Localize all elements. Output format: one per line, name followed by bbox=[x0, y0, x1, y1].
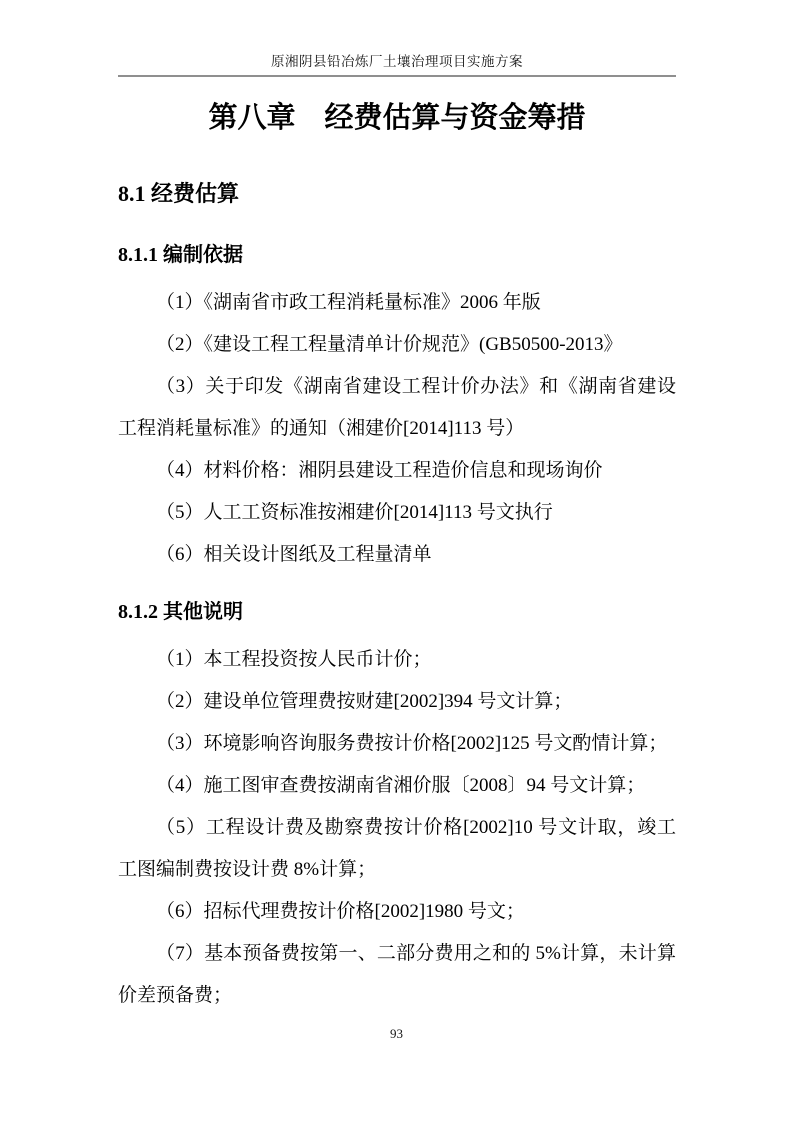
document-page: 原湘阴县铅冶炼厂土壤治理项目实施方案 第八章 经费估算与资金筹措 8.1 经费估… bbox=[0, 0, 793, 1122]
list-item: （6）相关设计图纸及工程量清单 bbox=[118, 534, 676, 576]
chapter-title: 第八章 经费估算与资金筹措 bbox=[118, 101, 676, 136]
list-item: （4）施工图审查费按湖南省湘价服〔2008〕94 号文计算； bbox=[118, 765, 676, 807]
list-8-1-2: （1）本工程投资按人民币计价； （2）建设单位管理费按财建[2002]394 号… bbox=[118, 639, 676, 1017]
page-number: 93 bbox=[390, 1026, 403, 1041]
subsection-heading-8-1-1: 8.1.1 编制依据 bbox=[118, 243, 676, 268]
page-footer: 93 bbox=[0, 1026, 793, 1042]
header-title: 原湘阴县铅冶炼厂土壤治理项目实施方案 bbox=[118, 50, 676, 75]
list-8-1-1: （1）《湖南省市政工程消耗量标准》2006 年版 （2）《建设工程工程量清单计价… bbox=[118, 282, 676, 576]
list-item: （2）建设单位管理费按财建[2002]394 号文计算； bbox=[118, 681, 676, 723]
page-header: 原湘阴县铅冶炼厂土壤治理项目实施方案 bbox=[118, 0, 676, 77]
list-item: （2）《建设工程工程量清单计价规范》(GB50500-2013》 bbox=[118, 324, 676, 366]
list-item: （7）基本预备费按第一、二部分费用之和的 5%计算，未计算价差预备费； bbox=[118, 933, 676, 1017]
list-item: （1）本工程投资按人民币计价； bbox=[118, 639, 676, 681]
list-item: （3）关于印发《湖南省建设工程计价办法》和《湖南省建设工程消耗量标准》的通知（湘… bbox=[118, 366, 676, 450]
list-item: （5）人工工资标准按湘建价[2014]113 号文执行 bbox=[118, 492, 676, 534]
list-item: （5）工程设计费及勘察费按计价格[2002]10 号文计取，竣工工图编制费按设计… bbox=[118, 807, 676, 891]
list-item: （1）《湖南省市政工程消耗量标准》2006 年版 bbox=[118, 282, 676, 324]
list-item: （6）招标代理费按计价格[2002]1980 号文； bbox=[118, 891, 676, 933]
section-heading-8-1: 8.1 经费估算 bbox=[118, 180, 676, 208]
list-item: （4）材料价格：湘阴县建设工程造价信息和现场询价 bbox=[118, 450, 676, 492]
subsection-heading-8-1-2: 8.1.2 其他说明 bbox=[118, 600, 676, 625]
list-item: （3）环境影响咨询服务费按计价格[2002]125 号文酌情计算； bbox=[118, 723, 676, 765]
